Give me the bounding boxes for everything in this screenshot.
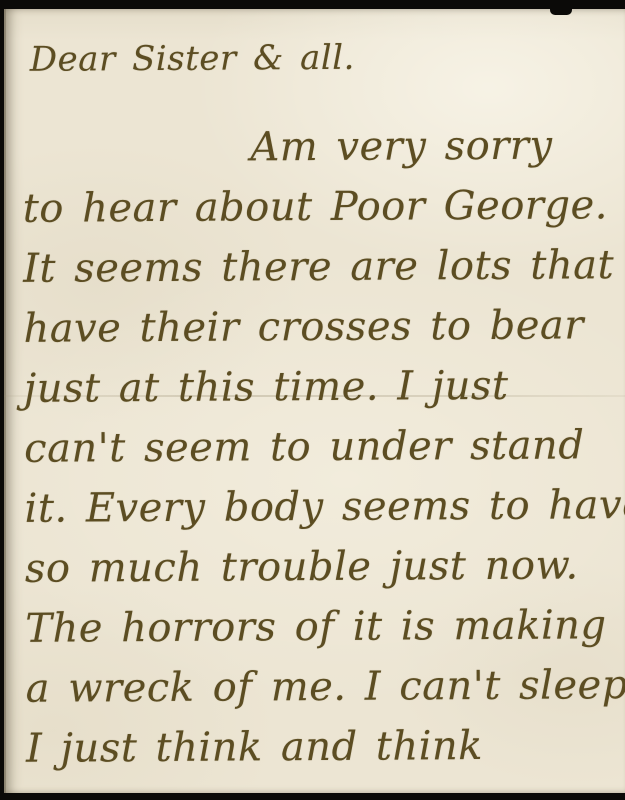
letter-line: have their crosses to bear <box>23 302 618 366</box>
letter-line: to hear about Poor George. <box>23 182 618 246</box>
letter-line: can't seem to under stand <box>24 422 619 486</box>
scan-artifact <box>550 6 572 15</box>
letter-line: Am very sorry <box>22 122 617 186</box>
letter-line: it. Every body seems to have <box>24 482 619 546</box>
letter-line: It seems there are lots that <box>23 242 618 306</box>
letter-line: so much trouble just now. <box>25 542 620 606</box>
salutation-line: Dear Sister & all. <box>22 37 618 126</box>
letter-line: I just think and think <box>26 722 621 786</box>
letter-paper: Dear Sister & all. Am very sorry to hear… <box>4 9 625 793</box>
letter-line: just at this time. I just <box>24 362 619 426</box>
letter-line: The horrors of it is making <box>25 602 620 666</box>
letter-scan: Dear Sister & all. Am very sorry to hear… <box>0 0 625 800</box>
letter-body: Dear Sister & all. Am very sorry to hear… <box>22 37 622 786</box>
letter-line: a wreck of me. I can't sleep <box>26 662 621 726</box>
